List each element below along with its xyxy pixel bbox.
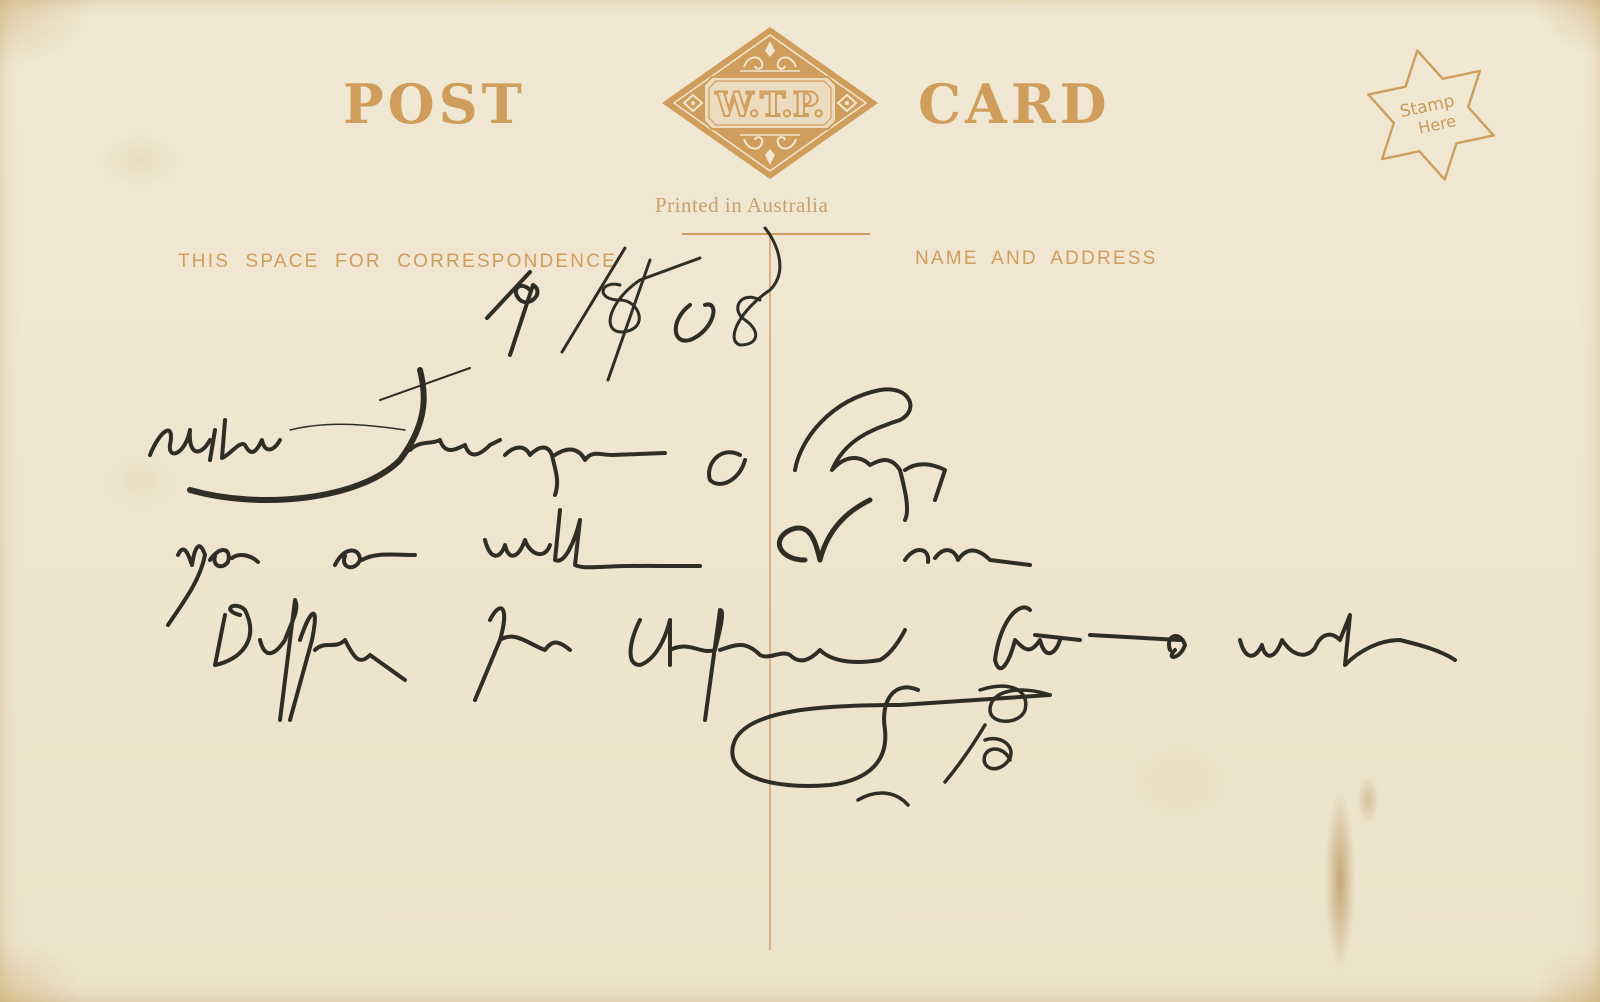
handwritten-line-3 xyxy=(215,600,1455,720)
handwritten-signature xyxy=(732,686,1050,805)
postcard-back: POST CARD W.T.P. Printed in A xyxy=(0,0,1600,1002)
handwriting-strokes xyxy=(0,0,1600,1002)
handwritten-line-1 xyxy=(150,368,945,520)
handwritten-date xyxy=(487,228,780,380)
